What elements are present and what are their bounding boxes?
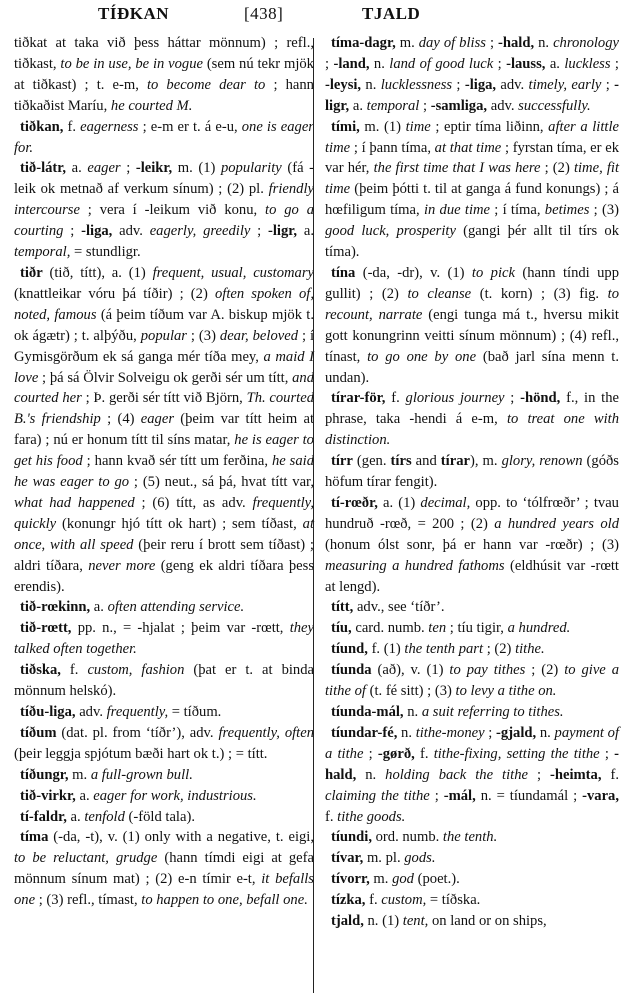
definition-text: time [406, 119, 431, 135]
definition-text: at that time [435, 140, 502, 156]
entry-text: ; e-m er t. á e-u, [138, 119, 241, 135]
headword: -lauss, [506, 56, 545, 72]
entry-text: ; (2) [540, 160, 573, 176]
definition-text: a suit referring to tithes. [422, 704, 564, 720]
entry-text: f. [602, 767, 620, 783]
entry-text: ; [419, 98, 430, 114]
entry-text: (t. korn) ; (3) fig. [471, 286, 608, 302]
entry-text: n. [536, 725, 554, 741]
entry-text: ), m. [470, 453, 502, 469]
headword: tiðkan, [20, 119, 63, 135]
entry-text: adv. [76, 704, 107, 720]
definition-text: to happen to one, befall one. [141, 892, 308, 908]
entry-text: m. (1) [172, 160, 221, 176]
entry-text: (tið, títt), a. (1) [43, 265, 153, 281]
headword: tívorr, [331, 871, 370, 887]
dictionary-entry: tíðu-liga, adv. frequently, = tíðum. [14, 702, 314, 723]
entry-text: f. [63, 119, 80, 135]
dictionary-entry: tið-virkr, a. eager for work, industriou… [14, 786, 314, 807]
entry-text: = tíðska. [426, 892, 480, 908]
right-column: tíma-dagr, m. day of bliss ; -hald, n. c… [325, 33, 619, 932]
dictionary-entry: tið-rœkinn, a. often attending service. [14, 597, 314, 618]
headword: títt, [331, 599, 353, 615]
dictionary-entry: tið-rœtt, pp. n., = -hjalat ; þeim var -… [14, 618, 314, 660]
entry-text: pp. n., = -hjalat ; þeim var -rœtt, [71, 620, 289, 636]
definition-text: a full-grown bull. [91, 767, 193, 783]
headword: tíundar-fé, [331, 725, 397, 741]
headword: -samliga, [431, 98, 487, 114]
entry-text: ; [600, 746, 614, 762]
headword: -heimta, [550, 767, 601, 783]
entry-text: a. [349, 98, 366, 114]
definition-text: tithe-fixing, setting the tithe [434, 746, 600, 762]
definition-text: measuring a hundred fathoms [325, 558, 505, 574]
headword: tið-virkr, [20, 788, 76, 804]
entry-text: ; [486, 35, 498, 51]
entry-text: a. [545, 56, 564, 72]
entry-text: n. [370, 56, 390, 72]
definition-text: never more [88, 558, 155, 574]
entry-text: = stundligr. [70, 244, 140, 260]
entry-text: f. [61, 662, 87, 678]
entry-text: on land or on ships, [428, 913, 546, 929]
definition-text: eagerness [80, 119, 138, 135]
dictionary-entry: tína (-da, -dr), v. (1) to pick (hann tí… [325, 263, 619, 388]
headword: -gørð, [378, 746, 415, 762]
headword: tírs [391, 453, 412, 469]
definition-text: to go one by one [367, 349, 476, 365]
entry-text: (þeir leggja spjótum bæði hart ok t.) ; … [14, 746, 267, 762]
entry-text: ; [430, 788, 444, 804]
dictionary-entry: títt, adv., see ‘tíðr’. [325, 597, 619, 618]
definition-text: tithe. [515, 641, 545, 657]
definition-text: god [392, 871, 414, 887]
headword: tið-rœkinn, [20, 599, 90, 615]
headword: tíu, [331, 620, 352, 636]
entry-text: f. [415, 746, 434, 762]
definition-text: tithe-money [416, 725, 485, 741]
definition-text: popularity [221, 160, 282, 176]
entry-text: (að), v. (1) [372, 662, 450, 678]
entry-text: ; (4) [101, 411, 141, 427]
definition-text: in due time [424, 202, 490, 218]
entry-text: ; [452, 77, 465, 93]
headword: tíunda-mál, [331, 704, 404, 720]
entry-text: a. [76, 788, 93, 804]
headword: tíund, [331, 641, 368, 657]
entry-text: ; [121, 160, 136, 176]
definition-text: gods. [404, 850, 435, 866]
dictionary-entry: tíunda-mál, n. a suit referring to tithe… [325, 702, 619, 723]
entry-text: = tíðum. [168, 704, 221, 720]
entry-text: ; (3) [187, 328, 220, 344]
dictionary-entry: tjald, n. (1) tent, on land or on ships, [325, 911, 619, 932]
definition-text: land of good luck [389, 56, 493, 72]
entry-text: ; [493, 56, 506, 72]
entry-text: (konungr hjó títt ok hart) ; sem tíðast, [56, 516, 303, 532]
entry-text: ; í þann tíma, [350, 140, 435, 156]
headword: tiðr [20, 265, 43, 281]
headword: tívar, [331, 850, 363, 866]
dictionary-entry: tíma (-da, -t), v. (1) only with a negat… [14, 827, 314, 911]
headword: tí-faldr, [20, 809, 67, 825]
headword: tími, [331, 119, 360, 135]
definition-text: frequent, usual, customary [153, 265, 314, 281]
entry-text: a. [297, 223, 314, 239]
definition-text: tithe goods. [337, 809, 405, 825]
entry-text: ; [363, 746, 377, 762]
entry-text: (-da, -dr), v. (1) [355, 265, 472, 281]
dictionary-entry: tírar-för, f. glorious journey ; -hönd, … [325, 388, 619, 451]
dictionary-entry: tiðkat at taka við þess háttar mönnum) ;… [14, 33, 314, 117]
dictionary-entry: tízka, f. custom, = tíðska. [325, 890, 619, 911]
headword: tíðum [20, 725, 56, 741]
entry-text: n. [397, 725, 415, 741]
entry-text: f. [325, 809, 337, 825]
entry-text: m. pl. [363, 850, 404, 866]
entry-text: n. [356, 767, 385, 783]
entry-text: ; þá sá Ölvir Solveigu ok gerði sér um t… [38, 370, 292, 386]
headword: -vara, [582, 788, 619, 804]
headword: -leysi, [325, 77, 361, 93]
entry-text: ; (2) [483, 641, 515, 657]
entry-text: ; tíu tigir, [446, 620, 507, 636]
definition-text: eager [141, 411, 174, 427]
definition-text: successfully. [518, 98, 591, 114]
headword: -hönd, [520, 390, 560, 406]
headword: -land, [333, 56, 369, 72]
dictionary-entry: tíu, card. numb. ten ; tíu tigir, a hund… [325, 618, 619, 639]
definition-text: frequently, often [218, 725, 314, 741]
entry-text: a. [66, 160, 87, 176]
definition-text: to cleanse [407, 286, 471, 302]
dictionary-entry: tið-látr, a. eager ; -leikr, m. (1) popu… [14, 158, 314, 263]
headword: tírar [441, 453, 470, 469]
entry-text: ; Þ. gerði sér títt við Björn, [82, 390, 247, 406]
definition-text: often attending service. [108, 599, 245, 615]
definition-text: day of bliss [419, 35, 486, 51]
dictionary-entry: tívar, m. pl. gods. [325, 848, 619, 869]
dictionary-entry: tiðska, f. custom, fashion (þat er t. at… [14, 660, 314, 702]
definition-text: a hundred years old [494, 516, 619, 532]
definition-text: what had happened [14, 495, 135, 511]
headword: -hald, [498, 35, 534, 51]
running-head-left: TÍÐKAN [98, 4, 169, 24]
entry-text: n. [534, 35, 553, 51]
entry-text: (t. fé sitt) ; (3) [366, 683, 456, 699]
headword: tízka, [331, 892, 365, 908]
entry-text: (knattleikar vóru þá tíðir) ; (2) [14, 286, 215, 302]
headword: -ligr, [268, 223, 297, 239]
headword: tíðungr, [20, 767, 69, 783]
definition-text: to pay tithes [449, 662, 525, 678]
dictionary-entry: tiðr (tið, títt), a. (1) frequent, usual… [14, 263, 314, 598]
definition-text: timely, early [529, 77, 602, 93]
entry-text: ; (2) [525, 662, 564, 678]
dictionary-entry: tíma-dagr, m. day of bliss ; -hald, n. c… [325, 33, 619, 117]
entry-text: ; hann kvað sér títt um ferðina, [83, 453, 272, 469]
dictionary-entry: tíðum (dat. pl. from ‘tíðr’), adv. frequ… [14, 723, 314, 765]
definition-text: glory, renown [502, 453, 583, 469]
definition-text: frequently, [107, 704, 168, 720]
dictionary-entry: tími, m. (1) time ; eptir tíma liðinn, a… [325, 117, 619, 263]
definition-text: betimes [545, 202, 590, 218]
left-column: tiðkat at taka við þess háttar mönnum) ;… [14, 33, 314, 911]
headword: tið-látr, [20, 160, 66, 176]
headword: -mál, [444, 788, 476, 804]
dictionary-entry: tí-rœðr, a. (1) decimal, opp. to ‘tólfrœ… [325, 493, 619, 598]
definition-text: to levy a tithe on. [456, 683, 557, 699]
definition-text: decimal, [420, 495, 470, 511]
page-number: [438] [244, 4, 283, 24]
definition-text: to be in use, be in vogue [60, 56, 203, 72]
entry-text: a. [90, 599, 107, 615]
definition-text: ten [428, 620, 446, 636]
headword: tíma-dagr, [331, 35, 396, 51]
dictionary-entry: tírr (gen. tírs and tírar), m. glory, re… [325, 451, 619, 493]
headword: tjald, [331, 913, 364, 929]
entry-text: ; vera í -leikum við konu, [80, 202, 265, 218]
entry-text: ; (3) [589, 202, 619, 218]
entry-text: and [412, 453, 441, 469]
entry-text: n. = tíundamál ; [476, 788, 582, 804]
definition-text: luckless [564, 56, 610, 72]
running-head-right: TJALD [362, 4, 420, 24]
entry-text: adv. [112, 223, 149, 239]
definition-text: he courted M. [111, 98, 192, 114]
entry-text: n. [361, 77, 381, 93]
definition-text: lucklessness [381, 77, 452, 93]
definition-text: eagerly, greedily [150, 223, 251, 239]
definition-text: holding back the tithe [385, 767, 528, 783]
entry-text: adv., see ‘tíðr’. [353, 599, 444, 615]
entry-text: ; [611, 56, 619, 72]
entry-text: (-da, -t), v. (1) only with a negative, … [48, 829, 314, 845]
dictionary-entry: tí-faldr, a. tenfold (-föld tala). [14, 807, 314, 828]
entry-text: m. [370, 871, 392, 887]
entry-text: card. numb. [352, 620, 429, 636]
definition-text: claiming the tithe [325, 788, 430, 804]
definition-text: eager [87, 160, 120, 176]
entry-text: ; [528, 767, 550, 783]
entry-text: ; [485, 725, 496, 741]
entry-text: f. [365, 892, 381, 908]
headword: tí-rœðr, [331, 495, 378, 511]
definition-text: to pick [472, 265, 515, 281]
entry-text: ; [601, 77, 614, 93]
definition-text: a hundred. [508, 620, 571, 636]
entry-text: adv. [487, 98, 518, 114]
entry-text: (honum ólst sonr, þá er hann var -rœðr) … [325, 537, 619, 553]
definition-text: the tenth. [443, 829, 497, 845]
headword: -gjald, [496, 725, 536, 741]
entry-text: f. [385, 390, 405, 406]
headword: tírr [331, 453, 353, 469]
definition-text: custom, fashion [87, 662, 184, 678]
entry-text: ; [63, 223, 81, 239]
entry-text: m. (1) [360, 119, 406, 135]
headword: tírar-för, [331, 390, 385, 406]
definition-text: eager for work, industrious. [93, 788, 256, 804]
headword: -liga, [465, 77, 496, 93]
definition-text: dear, beloved [220, 328, 298, 344]
entry-text: (poet.). [414, 871, 460, 887]
definition-text: tenfold [84, 809, 125, 825]
entry-text: ; (3) refl., tímast, [35, 892, 141, 908]
definition-text: chronology [553, 35, 619, 51]
entry-text: ; (5) neut., sá þá, hvat títt var, [129, 474, 314, 490]
definition-text: tent, [403, 913, 429, 929]
entry-text: f. (1) [368, 641, 404, 657]
definition-text: temporal, [14, 244, 70, 260]
definition-text: the first time that I was here [374, 160, 541, 176]
entry-text: a. [67, 809, 84, 825]
dictionary-entry: tíund, f. (1) the tenth part ; (2) tithe… [325, 639, 619, 660]
definition-text: the tenth part [404, 641, 483, 657]
entry-text: (-föld tala). [125, 809, 195, 825]
entry-text: n. [404, 704, 422, 720]
dictionary-entry: tívorr, m. god (poet.). [325, 869, 619, 890]
entry-text: ; eptir tíma liðinn, [431, 119, 548, 135]
page-header: TÍÐKAN [438] TJALD [0, 4, 625, 26]
definition-text: good luck, prosperity [325, 223, 456, 239]
dictionary-entry: tíundar-fé, n. tithe-money ; -gjald, n. … [325, 723, 619, 828]
entry-text: ; (6) títt, as adv. [135, 495, 253, 511]
definition-text: popular [141, 328, 187, 344]
definition-text: temporal [367, 98, 420, 114]
entry-text: a. (1) [378, 495, 421, 511]
column-divider [313, 38, 314, 993]
headword: tína [331, 265, 355, 281]
entry-text: ; [250, 223, 268, 239]
definition-text: to be reluctant, grudge [14, 850, 157, 866]
headword: tíma [20, 829, 48, 845]
dictionary-entry: tíundi, ord. numb. the tenth. [325, 827, 619, 848]
entry-text: ; í tíma, [490, 202, 545, 218]
headword: tíundi, [331, 829, 372, 845]
headword: -liga, [81, 223, 112, 239]
entry-text: m. [396, 35, 419, 51]
dictionary-entry: tíðungr, m. a full-grown bull. [14, 765, 314, 786]
entry-text: ord. numb. [372, 829, 443, 845]
headword: tið-rœtt, [20, 620, 71, 636]
entry-text: (gen. [353, 453, 391, 469]
headword: tíunda [331, 662, 372, 678]
entry-text: n. (1) [364, 913, 403, 929]
definition-text: custom, [381, 892, 426, 908]
definition-text: to become dear to [147, 77, 265, 93]
entry-text: (dat. pl. from ‘tíðr’), adv. [56, 725, 218, 741]
entry-text: m. [69, 767, 91, 783]
entry-text: adv. [496, 77, 528, 93]
headword: -leikr, [136, 160, 172, 176]
dictionary-entry: tiðkan, f. eagerness ; e-m er t. á e-u, … [14, 117, 314, 159]
dictionary-entry: tíunda (að), v. (1) to pay tithes ; (2) … [325, 660, 619, 702]
definition-text: glorious journey [406, 390, 505, 406]
entry-text: ; [505, 390, 521, 406]
headword: tíðu-liga, [20, 704, 76, 720]
headword: tiðska, [20, 662, 61, 678]
